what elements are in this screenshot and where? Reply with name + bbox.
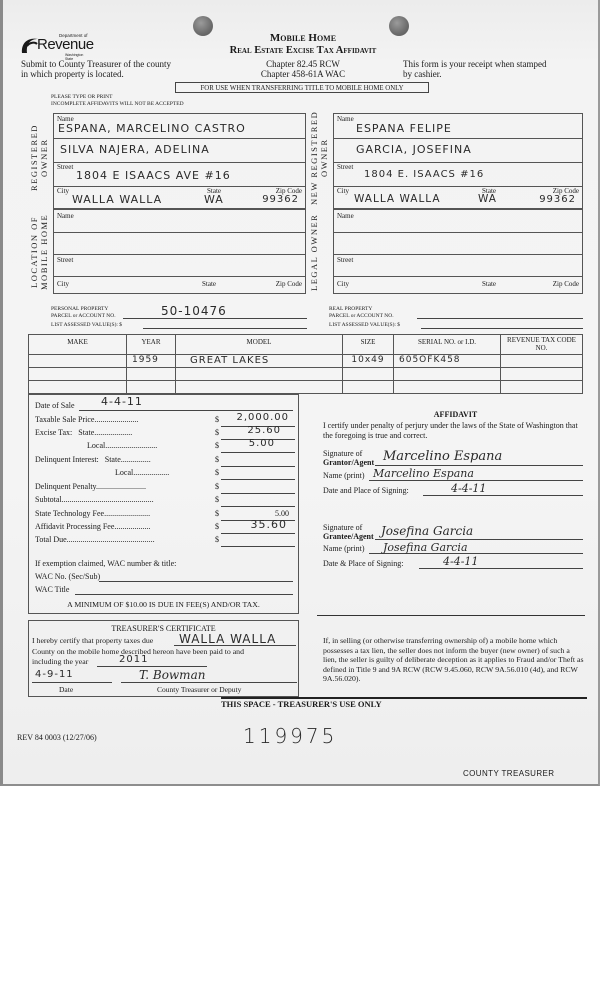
legal-name-row1[interactable]: Name [334,210,582,233]
grantee-date-value: 4-4-11 [443,555,478,568]
wac-title-field[interactable] [75,594,293,595]
treasurer-date-field[interactable] [32,682,112,683]
scanned-form-page: Department of Revenue Washington State M… [0,0,600,786]
new-city-value: WALLA WALLA [354,193,441,205]
mobile-home-table: MAKE YEAR MODEL SIZE SERIAL NO. or I.D. … [28,334,583,394]
col-year: YEAR [127,335,176,355]
grantee-sig-label: Signature of Grantee/Agent [323,523,374,541]
col-size: SIZE [343,335,394,355]
treasurer-line2: County on the mobile home described here… [32,647,297,656]
date-of-sale-value: 4-4-11 [101,395,143,408]
cell-serial[interactable] [394,368,501,381]
reg-state-value: WA [204,193,224,206]
loc-name-row2[interactable] [54,232,305,255]
treasurer-county-value: WALLA WALLA [179,632,276,646]
reg-name-row1[interactable]: Name ESPANA, MARCELINO CASTRO [54,114,305,139]
treasurer-year-value: 2011 [119,654,148,665]
exemption-label: If exemption claimed, WAC number & title… [35,559,176,568]
cell-serial[interactable] [394,381,501,394]
grantor-name-label: Name (print) [323,471,365,480]
cell-year[interactable]: 1959 [127,355,176,368]
fee-value: 25.60 [247,425,281,436]
new-state-value: WA [478,193,497,205]
cell-model[interactable]: GREAT LAKES [176,355,343,368]
new-name-row2[interactable]: GARCIA, JOSEFINA [334,138,582,163]
revenue-logo: Department of Revenue Washington State [19,32,89,58]
treasurer-use-only: THIS SPACE - TREASURER'S USE ONLY [221,699,382,709]
minimum-due-note: A MINIMUM OF $10.00 IS DUE IN FEE(S) AND… [29,600,298,609]
affidavit-title: AFFIDAVIT [308,410,600,419]
fee-delinquent-interest-local[interactable]: Local.................. $ [35,468,295,481]
cell-tax-code[interactable] [501,368,583,381]
new-name-line1: ESPANA FELIPE [356,122,452,135]
fee-affidavit-processing[interactable]: Affidavit Processing Fee................… [35,522,295,535]
reg-name-row2[interactable]: SILVA NAJERA, ADELINA [54,138,305,163]
fee-excise-local[interactable]: Local.......................... $ 5.00 [35,441,295,454]
personal-assessed-field[interactable] [143,328,307,329]
loc-street-row[interactable]: Street [54,254,305,277]
cell-serial[interactable]: 605OFK458 [394,355,501,368]
legal-city-row[interactable]: City State Zip Code [334,276,582,294]
new-name-row1[interactable]: Name ESPANA FELIPE [334,114,582,139]
fee-delinquent-penalty[interactable]: Delinquent Penalty......................… [35,482,295,495]
receipt-number: 119975 [243,724,337,748]
new-registered-owner-box: Name ESPANA FELIPE GARCIA, JOSEFINA Stre… [333,113,583,209]
cell-size[interactable]: 10x49 [343,355,394,368]
reg-city-value: WALLA WALLA [72,193,162,206]
cell-size[interactable] [343,381,394,394]
reg-zip-value: 99362 [262,194,299,205]
treasurer-line1-label: I hereby certify that property taxes due [32,636,153,645]
treasurer-signature-field[interactable] [121,682,297,683]
grantee-signature-field[interactable] [375,539,583,540]
personal-parcel-label: PERSONAL PROPERTY PARCEL or ACCOUNT NO. [51,306,116,320]
affidavit-divider [317,615,585,616]
cell-year[interactable] [127,381,176,394]
grantee-name-value: Josefina Garcia [383,541,468,554]
new-zip-value: 99362 [539,194,576,205]
location-box: Name Street City State Zip Code [53,209,306,294]
registered-owner-box: Name ESPANA, MARCELINO CASTRO SILVA NAJE… [53,113,306,209]
grantor-date-value: 4-4-11 [451,482,486,495]
real-assessed-label: LIST ASSESSED VALUE(S): $ [329,322,400,328]
form-title-line1: Mobile Home [183,32,423,44]
new-name-line2: GARCIA, JOSEFINA [356,143,472,156]
instructions: PLEASE TYPE OR PRINT INCOMPLETE AFFIDAVI… [51,94,184,108]
county-treasurer-stamp: COUNTY TREASURER [463,769,554,778]
form-title-line2: Real Estate Excise Tax Affidavit [163,45,443,56]
grantee-signature: Josefina Garcia [381,524,473,538]
grantor-signature-field[interactable] [375,465,583,466]
reg-city-row[interactable]: City WALLA WALLA State WA Zip Code 99362 [54,186,305,209]
grantor-name-field[interactable] [369,480,583,481]
chapter-refs: Chapter 82.45 RCW Chapter 458-61A WAC [243,59,363,79]
personal-parcel-value: 50-10476 [161,304,227,318]
treasurer-certificate-box: TREASURER'S CERTIFICATE I hereby certify… [28,620,299,697]
grantee-date-label: Date & Place of Signing: [323,559,403,568]
fee-delinquent-interest-state[interactable]: Delinquent Interest: State..............… [35,455,295,468]
cell-tax-code[interactable] [501,381,583,394]
fee-value: 35.60 [251,518,288,531]
fee-value: 5.00 [249,438,275,449]
treasurer-signature: T. Bowman [139,668,205,682]
cell-make[interactable] [29,368,127,381]
col-revenue-tax-code: REVENUE TAX CODE NO. [501,335,583,355]
submit-note: Submit to County Treasurer of the county… [21,59,171,79]
col-serial: SERIAL NO. or I.D. [394,335,501,355]
cell-make[interactable] [29,355,127,368]
real-assessed-field[interactable] [421,328,583,329]
treasurer-line3-label: including the year [32,657,88,666]
cell-tax-code[interactable] [501,355,583,368]
grantor-signature: Marcelino Espana [383,449,502,464]
col-model: MODEL [176,335,343,355]
legal-name-row2[interactable] [334,232,582,255]
fee-total-due[interactable]: Total Due...............................… [35,535,295,548]
loc-name-row1[interactable]: Name [54,210,305,233]
treasurer-date-value: 4-9-11 [35,669,74,680]
fee-subtotal[interactable]: Subtotal................................… [35,495,295,508]
wac-title-label: WAC Title [35,585,69,594]
treasurer-label: County Treasurer or Deputy [157,685,241,694]
new-city-row[interactable]: City WALLA WALLA State WA Zip Code 99362 [334,186,582,209]
real-parcel-field[interactable] [417,318,583,319]
grantor-date-label: Date and Place of Signing: [323,486,409,495]
treasurer-year-field[interactable] [97,666,207,667]
table-row: 1959 GREAT LAKES 10x49 605OFK458 [29,355,583,368]
grantee-name-label: Name (print) [323,544,365,553]
wac-no-label: WAC No. (Sec/Sub) [35,572,100,581]
lien-notice: If, in selling (or otherwise transferrin… [323,636,585,684]
reg-name-line2: SILVA NAJERA, ADELINA [60,143,210,156]
use-banner: FOR USE WHEN TRANSFERRING TITLE TO MOBIL… [175,82,429,93]
fee-value: 5.00 [275,509,289,518]
personal-parcel-field[interactable] [123,318,307,319]
logo-name: Revenue [37,37,94,52]
cell-model[interactable] [176,368,343,381]
cell-model[interactable] [176,381,343,394]
form-number: REV 84 0003 (12/27/06) [17,733,97,742]
real-parcel-label: REAL PROPERTY PARCEL or ACCOUNT NO. [329,306,394,320]
fee-value: 2,000.00 [236,412,289,423]
reg-street-value: 1804 E ISAACS AVE #16 [76,169,231,182]
table-header-row: MAKE YEAR MODEL SIZE SERIAL NO. or I.D. … [29,335,583,355]
grantor-sig-label: Signature of Grantor/Agent [323,449,374,467]
date-of-sale-label: Date of Sale [35,401,75,410]
date-of-sale-field[interactable] [79,410,293,411]
fees-box: Date of Sale 4-4-11 Taxable Sale Price..… [28,394,299,614]
legal-owner-box: Name Street City State Zip Code [333,209,583,294]
new-street-value: 1804 E. ISAACS #16 [364,169,484,180]
cell-year[interactable] [127,368,176,381]
loc-city-row[interactable]: City State Zip Code [54,276,305,294]
table-row [29,381,583,394]
treasurer-date-label: Date [59,685,73,694]
grantee-date-field[interactable] [419,568,583,569]
legal-street-row[interactable]: Street [334,254,582,277]
receipt-note: This form is your receipt when stamped b… [403,59,546,79]
cell-make[interactable] [29,381,127,394]
grantor-date-field[interactable] [423,495,583,496]
wac-no-field[interactable] [99,581,293,582]
cell-size[interactable] [343,368,394,381]
table-row [29,368,583,381]
new-street-row[interactable]: Street 1804 E. ISAACS #16 [334,162,582,187]
reg-street-row[interactable]: Street 1804 E ISAACS AVE #16 [54,162,305,187]
affidavit-statement: I certify under penalty of perjury under… [323,421,583,441]
grantor-name-value: Marcelino Espana [373,467,474,480]
personal-assessed-label: LIST ASSESSED VALUE(S): $ [51,322,122,328]
reg-name-line1: ESPANA, MARCELINO CASTRO [58,122,246,135]
col-make: MAKE [29,335,127,355]
